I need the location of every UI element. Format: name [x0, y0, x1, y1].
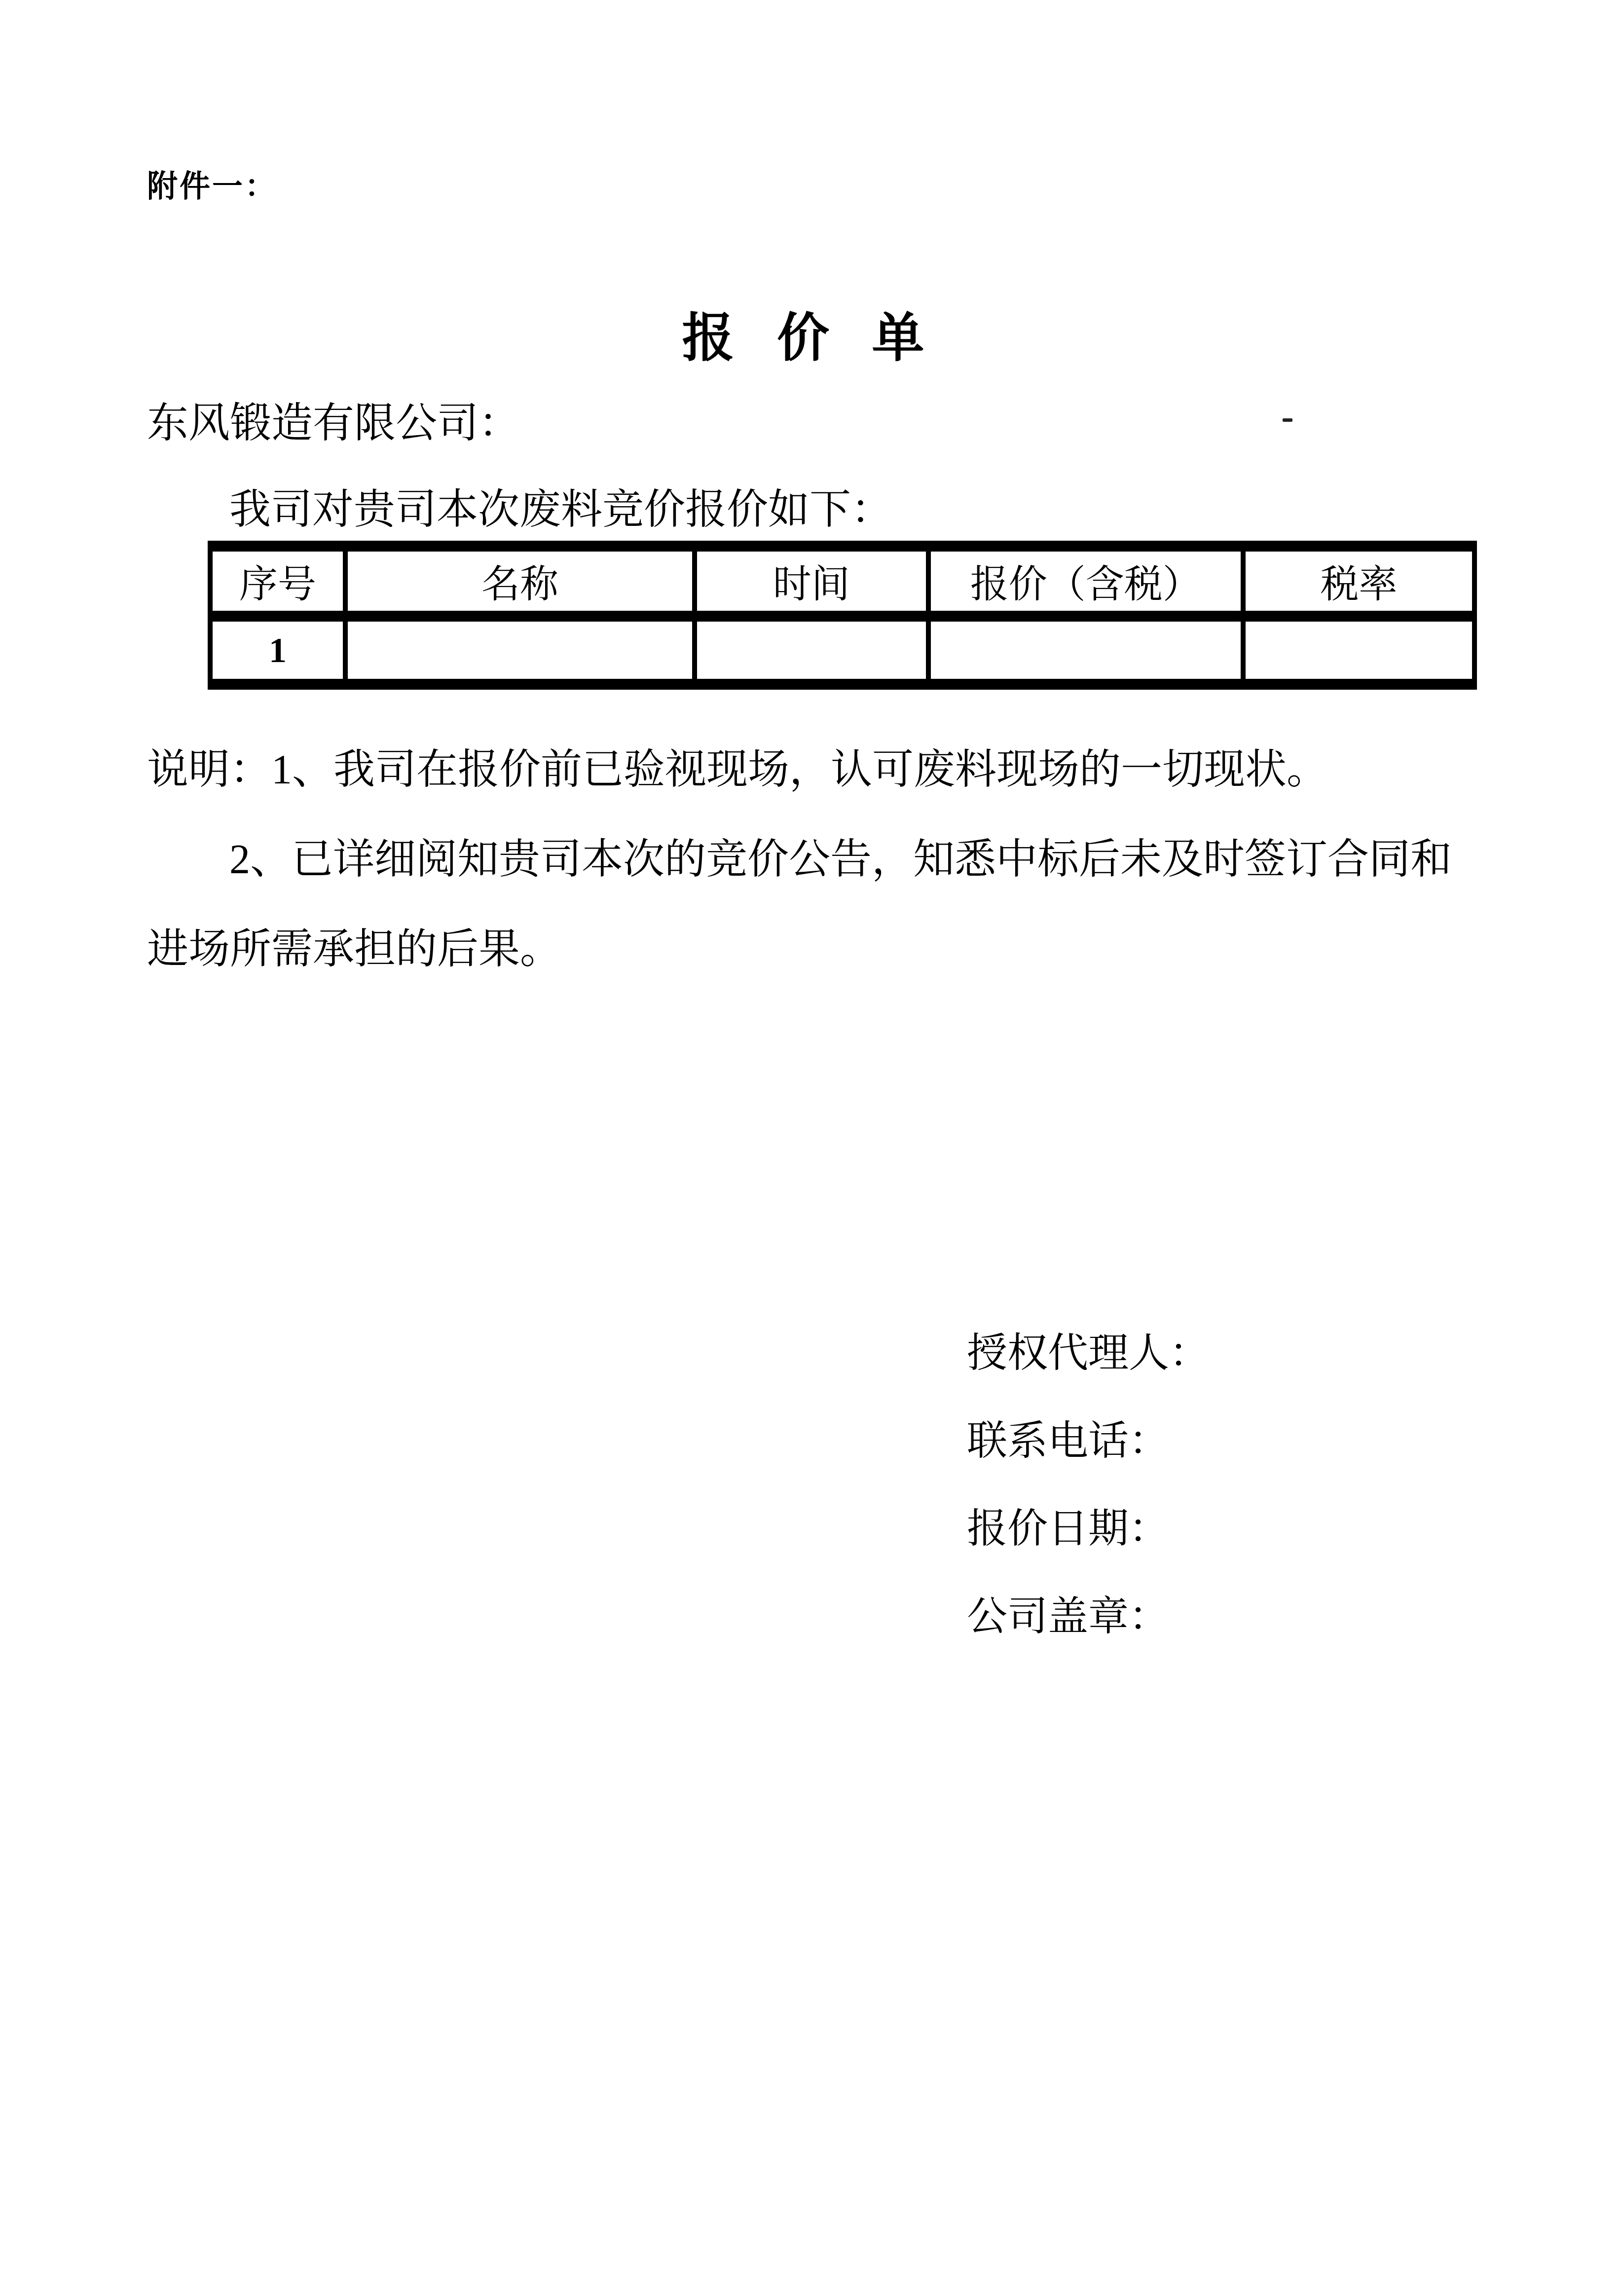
- salutation-line: 东风锻造有限公司：: [147, 390, 520, 449]
- attachment-label: 附件一：: [147, 162, 277, 206]
- page-title: 报 价 单: [0, 296, 1621, 371]
- signature-date-label: 报价日期：: [967, 1509, 1210, 1549]
- intro-line: 我司对贵司本次废料竞价报价如下：: [229, 476, 892, 536]
- signature-block: 授权代理人： 联系电话： 报价日期： 公司盖章：: [967, 1333, 1210, 1684]
- cell-time: [695, 616, 928, 684]
- table-header-name: 名称: [345, 546, 694, 616]
- table-header-time: 时间: [695, 546, 928, 616]
- quotation-table: 序号 名称 时间 报价（含税） 税率 1: [208, 541, 1477, 690]
- table-header-tax: 税率: [1243, 546, 1474, 616]
- table-header-seq: 序号: [210, 546, 345, 616]
- cell-name: [345, 616, 694, 684]
- signature-agent-label: 授权代理人：: [967, 1333, 1210, 1373]
- signature-seal-label: 公司盖章：: [967, 1596, 1210, 1637]
- table-row: 1: [210, 616, 1474, 684]
- scan-artifact-dot: [1283, 418, 1292, 422]
- table-header-quote: 报价（含税）: [928, 546, 1243, 616]
- table-header-row: 序号 名称 时间 报价（含税） 税率: [210, 546, 1474, 616]
- notes-line-3: 进场所需承担的后果。: [147, 916, 561, 975]
- notes-line-2: 2、已详细阅知贵司本次的竞价公告，知悉中标后未及时签订合同和: [229, 826, 1452, 886]
- signature-phone-label: 联系电话：: [967, 1421, 1210, 1461]
- cell-tax: [1243, 616, 1474, 684]
- notes-line-1: 说明：1、我司在报价前已验视现场，认可废料现场的一切现状。: [147, 736, 1328, 796]
- cell-seq: 1: [210, 616, 345, 684]
- cell-quote: [928, 616, 1243, 684]
- document-page: 附件一： 报 价 单 东风锻造有限公司： 我司对贵司本次废料竞价报价如下： 序号…: [0, 0, 1621, 2296]
